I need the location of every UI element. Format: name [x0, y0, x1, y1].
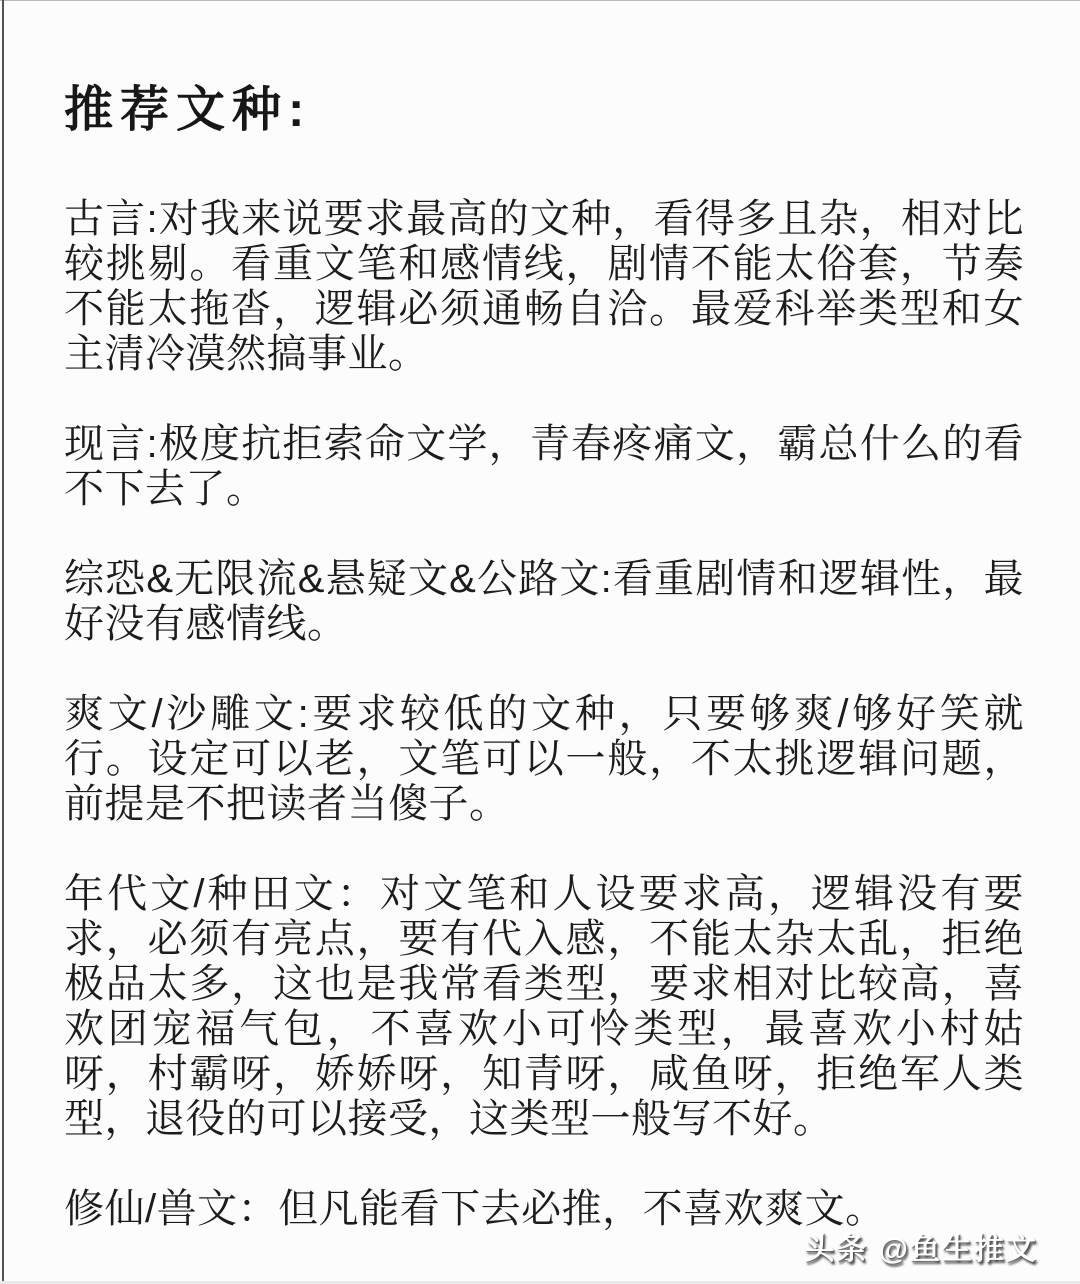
- paragraph-shuangwen-shadiao: 爽文/沙雕文:要求较低的文种，只要够爽/够好笑就行。设定可以老，文笔可以一般，不…: [64, 692, 1024, 827]
- note-page: 推荐文种: 古言:对我来说要求最高的文种，看得多且杂，相对比较挑剔。看重文笔和感…: [0, 0, 1080, 1232]
- paragraph-niandai-zhongtian: 年代文/种田文：对文笔和人设要求高，逻辑没有要求，必须有亮点，要有代入感，不能太…: [64, 872, 1024, 1142]
- paragraph-guyan: 古言:对我来说要求最高的文种，看得多且杂，相对比较挑剔。看重文笔和感情线，剧情不…: [64, 197, 1024, 377]
- paragraph-xianyan: 现言:极度抗拒索命文学，青春疼痛文，霸总什么的看不下去了。: [64, 422, 1024, 512]
- paragraph-zongkong-wuxianliu-xuanyi-gonglu: 综恐&无限流&悬疑文&公路文:看重剧情和逻辑性，最好没有感情线。: [64, 557, 1024, 647]
- watermark-toutiao: 头条 @鱼生推文: [804, 1224, 1038, 1268]
- page-title: 推荐文种:: [64, 83, 1024, 137]
